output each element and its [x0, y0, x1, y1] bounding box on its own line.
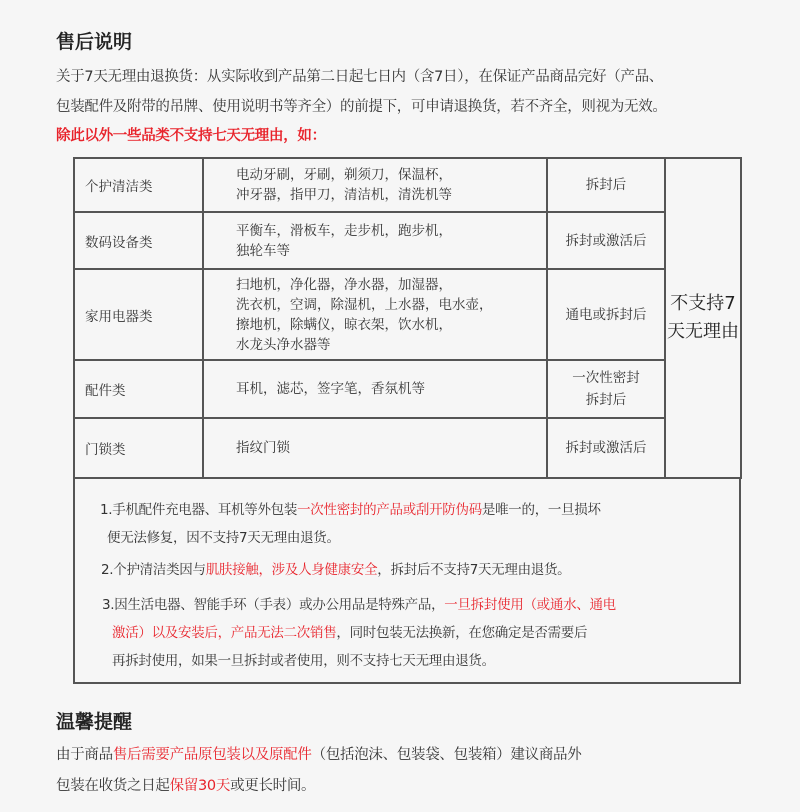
- note-3: 3.因生活电器、智能手环（手表）或办公用品是特殊产品，一旦拆封使用（或通水、通电: [102, 590, 616, 620]
- intro-line-1: 关于7天无理由退换货：从实际收到产品第二日起七日内（含7日），在保证产品商品完好…: [56, 62, 776, 92]
- note-3-cont-2: 再拆封使用，如果一旦拆封或者使用，则不支持七天无理由退货。: [112, 646, 495, 676]
- note-3-cont: 激活）以及安装后，产品无法二次销售，同时包装无法换新，在您确定是否需要后: [112, 618, 587, 648]
- note-2: 2.个护清洁类因与肌肤接触，涉及人身健康安全，拆封后不支持7天无理由退货。: [101, 555, 570, 585]
- exception-heading: 除此以外一些品类不支持七天无理由，如：: [56, 121, 776, 151]
- items-cell: 耳机，滤芯，签字笔，香氛机等: [203, 360, 547, 418]
- category-cell: 数码设备类: [74, 212, 203, 269]
- category-cell: 配件类: [74, 360, 203, 418]
- note-1: 1.手机配件充电器、耳机等外包装一次性密封的产品或刮开防伪码是唯一的，一旦损坏: [100, 495, 601, 525]
- note-1-cont: 便无法修复，因不支持7天无理由退货。: [107, 523, 340, 553]
- notes-box: 1.手机配件充电器、耳机等外包装一次性密封的产品或刮开防伪码是唯一的，一旦损坏 …: [73, 477, 741, 684]
- table-row: 数码设备类 平衡车，滑板车，走步机，跑步机， 独轮车等 拆封或激活后: [74, 212, 741, 269]
- items-cell: 扫地机，净化器，净水器，加湿器， 洗衣机，空调，除湿机，上水器，电水壶， 擦地机…: [203, 269, 547, 360]
- reminder-line-2: 包装在收货之日起保留30天或更长时间。: [56, 771, 776, 801]
- page-title: 售后说明: [56, 27, 132, 54]
- condition-cell: 拆封或激活后: [547, 418, 665, 478]
- items-cell: 指纹门锁: [203, 418, 547, 478]
- table-row: 门锁类 指纹门锁 拆封或激活后: [74, 418, 741, 478]
- condition-cell: 拆封或激活后: [547, 212, 665, 269]
- items-cell: 电动牙刷，牙刷，剃须刀，保温杯， 冲牙器，指甲刀，清洁机，清洗机等: [203, 158, 547, 212]
- table-row: 配件类 耳机，滤芯，签字笔，香氛机等 一次性密封 拆封后: [74, 360, 741, 418]
- condition-cell: 通电或拆封后: [547, 269, 665, 360]
- category-cell: 个护清洁类: [74, 158, 203, 212]
- items-cell: 平衡车，滑板车，走步机，跑步机， 独轮车等: [203, 212, 547, 269]
- exception-table: 个护清洁类 电动牙刷，牙刷，剃须刀，保温杯， 冲牙器，指甲刀，清洁机，清洗机等 …: [73, 157, 742, 479]
- summary-cell: 不支持7 天无理由: [665, 158, 741, 478]
- table-row: 个护清洁类 电动牙刷，牙刷，剃须刀，保温杯， 冲牙器，指甲刀，清洁机，清洗机等 …: [74, 158, 741, 212]
- intro-line-2: 包装配件及附带的吊牌、使用说明书等齐全）的前提下，可申请退换货，若不齐全，则视为…: [56, 92, 776, 122]
- category-cell: 家用电器类: [74, 269, 203, 360]
- reminder-line-1: 由于商品售后需要产品原包装以及原配件（包括泡沫、包装袋、包装箱）建议商品外: [56, 740, 776, 770]
- reminder-title: 温馨提醒: [56, 707, 132, 734]
- table-row: 家用电器类 扫地机，净化器，净水器，加湿器， 洗衣机，空调，除湿机，上水器，电水…: [74, 269, 741, 360]
- condition-cell: 拆封后: [547, 158, 665, 212]
- condition-cell: 一次性密封 拆封后: [547, 360, 665, 418]
- category-cell: 门锁类: [74, 418, 203, 478]
